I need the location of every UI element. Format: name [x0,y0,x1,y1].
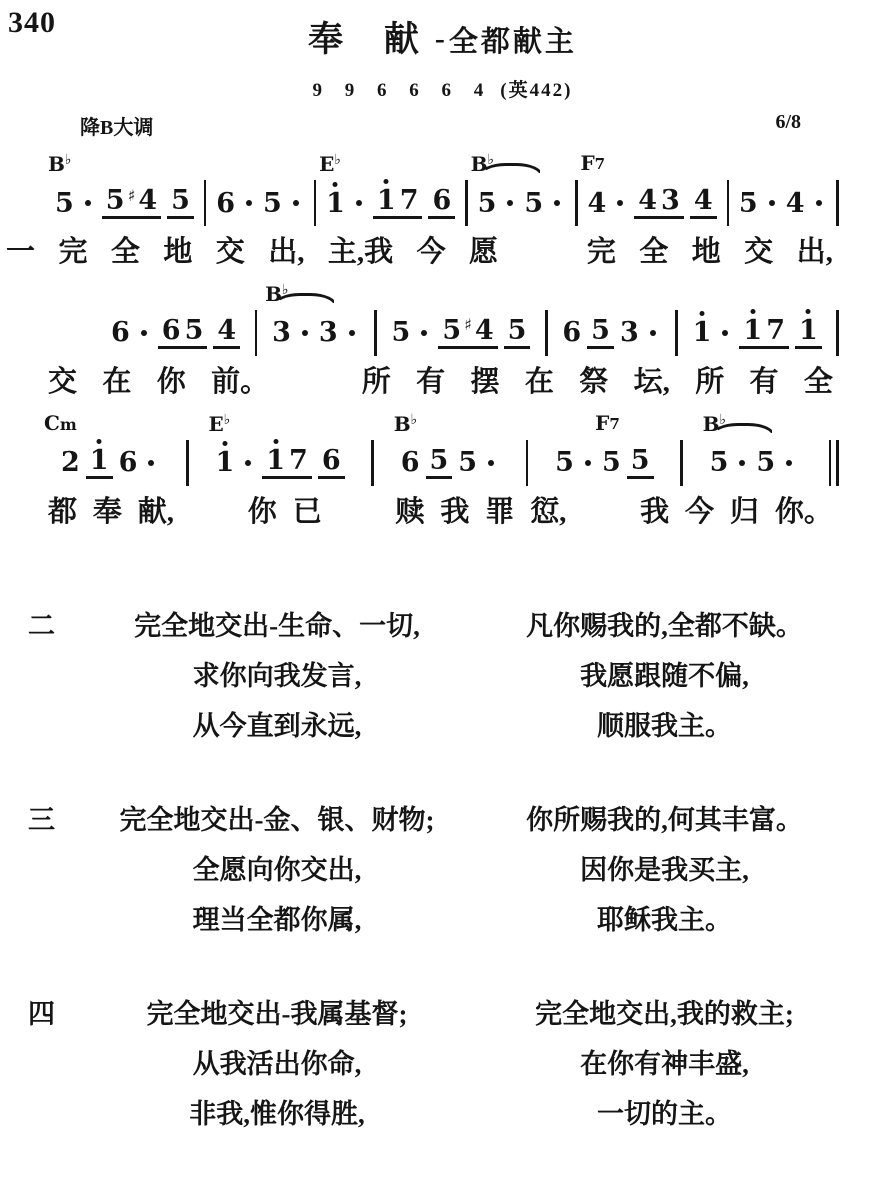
note: 1 [693,319,712,346]
note: 2 [61,449,80,476]
note-number: 7 [289,447,308,474]
key-signature: 降B大调 [80,111,153,140]
lyric-token: 归 [730,495,759,530]
barline [314,180,317,226]
note-wrap: 6 [108,319,133,346]
note: 1 [326,190,345,217]
lyric-token: 我 [440,495,469,530]
notation-line: 55♯45B♭651176E♭55B♭4434F754 [0,180,885,226]
lyric-token: 地 [692,235,721,270]
duration-dot [507,200,513,206]
note: 1 [799,317,818,344]
note: 5 [55,190,74,217]
chord-quality: 7 [609,415,619,433]
final-barline [824,440,839,486]
note-number: 4 [217,317,236,344]
note-number: 4 [786,190,805,217]
verse-column-left: 完全地交出-金、银、财物;全愿向你交出,理当全都你属, [82,795,472,945]
duration-dot [585,460,591,466]
note-number: 5 [55,190,74,217]
notation-line: 665433B♭55♯456531171 [0,310,885,356]
barline [836,310,839,356]
note-number: 5 [739,190,758,217]
note-number: 3 [661,187,680,214]
beam-group: 1 [795,317,822,349]
chord-label: F7 [580,153,605,173]
verse-line: 理当全都你属, [82,895,472,945]
beam-group: 65 [158,317,208,349]
lyric-token: 全 [804,365,833,400]
note: 6 [216,190,235,217]
notation-system: 55♯45B♭651176E♭55B♭4434F754一完全地交出,主,我今愿完… [0,180,885,270]
barline [680,440,683,486]
note-wrap: 1 [323,190,348,217]
lyric-token: 在 [525,365,554,400]
note-number: 5 [555,449,574,476]
note: 6 [401,449,420,476]
barline [526,440,529,486]
chord-label: F7 [595,413,620,433]
duration-dot [722,330,728,336]
chord-quality: ♭ [334,152,341,168]
verse-line: 从我活出你命, [82,1039,472,1089]
measure: 6654 [108,310,243,356]
duration-dot [617,200,623,206]
note-number: 6 [322,447,341,474]
note: 5 [710,449,729,476]
note-number: 5 [524,190,543,217]
verse-line: 完全地交出-我属基督; [82,989,472,1039]
chord-root: E [319,152,334,176]
octave-dot [222,441,227,446]
verse-line: 非我,惟你得胜, [82,1089,472,1139]
lyric-token: 坛, [634,365,670,400]
note: 4 [475,317,494,344]
note-number: 6 [562,319,581,346]
chord-root: F [595,411,609,435]
measure: 1176E♭ [323,180,458,226]
octave-dot [806,309,811,314]
verse-line: 我愿跟随不偏, [472,651,857,701]
hymn-title-subtitle: 全都献主 [449,26,577,58]
note-number: 5 [171,187,190,214]
chord-root: B [394,412,411,436]
verse-number: 三 [0,795,82,945]
measure-notes: 1176 [323,180,458,226]
lyric-token: 你 [248,495,277,530]
lyric-token: 完 [587,235,616,270]
lyric-token: 所 [362,365,391,400]
barline [371,440,374,486]
note: 4 [694,187,713,214]
beam-group: 5 [587,317,614,349]
note-wrap: 5 [552,449,577,476]
lyric-token: 全 [111,235,140,270]
verse-block: 二完全地交出-生命、一切,求你向我发言,从今直到永远,凡你赐我的,全都不缺。我愿… [0,601,885,751]
lyric-token: 愆, [530,495,566,530]
beam-group: 5♯4 [438,317,497,349]
hymn-english-reference: (英442) [500,80,572,101]
note-wrap: 5 [707,449,732,476]
measure-notes: 216 [58,440,162,486]
measure: 655B♭ [398,440,502,486]
note-wrap: 5 [52,190,77,217]
lyric-token: 已 [293,495,322,530]
note-number: 5 [710,449,729,476]
measure-notes: 55♯45 [52,180,197,226]
hymn-meter: 9 9 6 6 6 4 [313,80,493,101]
lyric-token: 出, [268,235,304,270]
note-wrap: 2 [58,449,83,476]
duration-dot [356,200,362,206]
lyric-token: 完 [58,235,87,270]
note-number: 7 [766,317,785,344]
chord-label: B♭ [394,413,418,434]
barline [465,180,468,226]
verse-line: 顺服我主。 [472,701,857,751]
note: 5 [106,187,125,214]
beam-group: 17 [373,187,423,219]
hymn-title: 奉 献-全都献主 [0,0,885,62]
duration-dot [349,330,355,336]
measure: 4434F7 [584,180,719,226]
beam-group: 4 [213,317,240,349]
hymn-title-dash: - [435,22,445,55]
chord-label: E♭ [208,413,230,434]
verse-line: 完全地交出-金、银、财物; [82,795,472,845]
note-number: 1 [215,449,234,476]
duration-dot [769,200,775,206]
beam-group: 6 [318,447,345,479]
note-wrap: 5 [599,449,624,476]
time-signature: 6/8 [775,111,801,140]
note-number: 3 [272,319,291,346]
beam-group: 43 [634,187,684,219]
barline [545,310,548,356]
measure: 653 [559,310,663,356]
note-wrap: 5 [260,190,285,217]
note-number: 1 [743,317,762,344]
lyric-token: 一 [6,235,35,270]
measure: 1171 [690,310,825,356]
lyric-token: 我 [640,495,669,530]
note-number: 1 [377,187,396,214]
note: 3 [661,187,680,214]
chord-quality: ♭ [224,412,231,428]
chord-quality: m [60,415,77,434]
lyric-token: 有 [750,365,779,400]
verse-line: 你所赐我的,何其丰富。 [472,795,857,845]
barline [186,440,189,486]
note: 6 [111,319,130,346]
octave-dot [700,311,705,316]
measure-notes: 555 [552,440,656,486]
note: 5 [263,190,282,217]
beam-group: 5 [504,317,531,349]
beam-group: 4 [690,187,717,219]
note: 1 [215,449,234,476]
note-wrap: 3 [269,319,294,346]
beam-group: 5 [627,447,654,479]
note-wrap: 6 [398,449,423,476]
hymn-meter-row: 9 9 6 6 6 4(英442) [0,75,885,102]
octave-dot [750,309,755,314]
measure-notes: 33 [269,310,363,356]
note-number: 5 [185,317,204,344]
octave-dot [384,179,389,184]
note-wrap: 4 [783,190,808,217]
measure: 54 [736,180,830,226]
duration-dot [245,460,251,466]
note: 5 [478,190,497,217]
verse-block: 三完全地交出-金、银、财物;全愿向你交出,理当全都你属,你所赐我的,何其丰富。因… [0,795,885,945]
lyric-token: 愿 [469,235,498,270]
duration-dot [816,200,822,206]
note-number: 3 [620,319,639,346]
note-number: 6 [119,449,138,476]
note-number: 6 [432,187,451,214]
verse-column-left: 完全地交出-我属基督;从我活出你命,非我,惟你得胜, [82,989,472,1139]
note: 4 [587,190,606,217]
lyric-token: 奉 [93,495,122,530]
verse-column-right: 凡你赐我的,全都不缺。我愿跟随不偏,顺服我主。 [472,601,885,751]
barline [836,440,839,486]
verse-line: 耶稣我主。 [472,895,857,945]
duration-dot [141,330,147,336]
note-wrap: 6 [213,190,238,217]
measure-notes: 653 [559,310,663,356]
note-wrap: 6 [559,319,584,346]
barline [204,180,207,226]
note-number: 1 [90,447,109,474]
measure-notes: 6654 [108,310,243,356]
note: 5 [555,449,574,476]
lyric-token: 在 [102,365,131,400]
octave-dot [273,439,278,444]
note-number: 6 [111,319,130,346]
beam-group: 5 [426,447,453,479]
note: 4 [217,317,236,344]
barline [675,310,678,356]
beam-group: 1 [86,447,113,479]
lyric-row: 交在你前。所有摆在祭坛,所有全 [0,365,885,400]
note-number: 6 [216,190,235,217]
barline [727,180,730,226]
duration-dot [302,330,308,336]
measure-notes: 54 [736,180,830,226]
verse-line: 一切的主。 [472,1089,857,1139]
duration-dot [488,460,494,466]
note-number: 4 [638,187,657,214]
note-number: 7 [400,187,419,214]
note: 5 [392,319,411,346]
note: 7 [289,447,308,474]
note: 5 [591,317,610,344]
note-number: 6 [162,317,181,344]
note: 3 [319,319,338,346]
note-number: 1 [693,319,712,346]
lyric-token: 献, [138,495,174,530]
octave-dot [97,439,102,444]
measure: 55♯45B♭ [52,180,197,226]
note-number: 5 [631,447,650,474]
note-number: 4 [475,317,494,344]
lyric-token: 交 [216,235,245,270]
sharp-icon: ♯ [464,317,472,333]
measure-notes: 1176 [212,440,347,486]
note-wrap: 5 [753,449,778,476]
notation-area: 55♯45B♭651176E♭55B♭4434F754一完全地交出,主,我今愿完… [0,180,885,529]
chord-root: B [48,152,65,176]
measure: 55B♭ [475,180,569,226]
note-wrap: 3 [316,319,341,346]
measure-notes: 1171 [690,310,825,356]
note-number: 4 [138,187,157,214]
note: 5 [430,447,449,474]
note: 5 [631,447,650,474]
chord-quality: ♭ [411,412,418,428]
tie-arc [273,293,337,306]
duration-dot [650,330,656,336]
note: 5 [756,449,775,476]
lyric-token: 罪 [485,495,514,530]
lyric-token: 前。 [211,365,269,400]
verse-line: 完全地交出-生命、一切, [82,601,472,651]
note-number: 2 [61,449,80,476]
beam-group: 5♯4 [102,187,161,219]
verse-line: 在你有神丰盛, [472,1039,857,1089]
note: 1 [90,447,109,474]
note-number: 4 [587,190,606,217]
note-number: 5 [392,319,411,346]
note-wrap: 5 [475,190,500,217]
chord-root: F [580,151,594,175]
chord-label: Cm [44,413,77,433]
lyric-row: 都奉献,你已赎我罪愆,我今归你。 [0,495,885,530]
verse-column-left: 完全地交出-生命、一切,求你向我发言,从今直到永远, [82,601,472,751]
measure: 216Cm [58,440,162,486]
verse-line: 完全地交出,我的救主; [472,989,857,1039]
measure-notes: 55 [475,180,569,226]
note: 1 [266,447,285,474]
chord-root: C [44,411,60,435]
note: 3 [620,319,639,346]
chord-label: B♭ [48,153,72,174]
note-number: 1 [326,190,345,217]
note-number: 5 [263,190,282,217]
note: 6 [322,447,341,474]
barline [836,180,839,226]
note: 5 [508,317,527,344]
barline [829,440,832,486]
note-wrap: 4 [584,190,609,217]
note-number: 5 [458,449,477,476]
tie-arc [479,163,543,176]
verse-line: 从今直到永远, [82,701,472,751]
lyric-token: 你。 [775,495,833,530]
measure-notes: 55 [707,440,801,486]
note: 7 [400,187,419,214]
note: 5 [524,190,543,217]
chord-root: E [208,412,223,436]
verse-line: 求你向我发言, [82,651,472,701]
notation-line: 216Cm1176E♭655B♭555F755B♭ [0,440,885,486]
duration-dot [246,200,252,206]
note-wrap: 5 [521,190,546,217]
hymn-title-main: 奉 献 [308,20,435,59]
lyric-token: 全 [639,235,668,270]
verse-line: 全愿向你交出, [82,845,472,895]
verse-block: 四完全地交出-我属基督;从我活出你命,非我,惟你得胜,完全地交出,我的救主;在你… [0,989,885,1139]
note-number: 5 [602,449,621,476]
note-wrap: 3 [617,319,642,346]
duration-dot [739,460,745,466]
verse-line: 因你是我买主, [472,845,857,895]
measure-notes: 55♯45 [389,310,534,356]
lyric-token: 今 [417,235,446,270]
lyric-token: 交 [744,235,773,270]
barline [575,180,578,226]
lyric-token: 有 [416,365,445,400]
note-wrap: 1 [690,319,715,346]
measure: 33B♭ [269,310,363,356]
note-number: 1 [799,317,818,344]
note: 5 [171,187,190,214]
note-number: 5 [508,317,527,344]
verse-number: 四 [0,989,82,1139]
lyric-token: 所 [695,365,724,400]
note: 6 [119,449,138,476]
measure-notes: 4434 [584,180,719,226]
lyric-row: 一完全地交出,主,我今愿完全地交出, [0,235,885,270]
verse-number: 二 [0,601,82,751]
lyric-token: 今 [685,495,714,530]
note: 6 [162,317,181,344]
note: 4 [638,187,657,214]
note: 5 [185,317,204,344]
chord-label: E♭ [319,153,341,174]
note: 4 [138,187,157,214]
note: 1 [377,187,396,214]
note-wrap: 6 [116,449,141,476]
note: 7 [766,317,785,344]
note-number: 3 [319,319,338,346]
sharp-icon: ♯ [128,188,136,204]
note: 4 [786,190,805,217]
lyric-token: 赎 [395,495,424,530]
lyric-token: 祭 [579,365,608,400]
lyric-token: 地 [163,235,192,270]
verses-area: 二完全地交出-生命、一切,求你向我发言,从今直到永远,凡你赐我的,全都不缺。我愿… [0,601,885,1139]
lyric-token: 你 [157,365,186,400]
lyric-token: 摆 [471,365,500,400]
verse-line: 凡你赐我的,全都不缺。 [472,601,857,651]
barline [255,310,258,356]
note-wrap: 1 [212,449,237,476]
beam-group: 6 [428,187,455,219]
note: 5 [739,190,758,217]
note: 5 [442,317,461,344]
duration-dot [554,200,560,206]
lyric-token: 都 [48,495,77,530]
duration-dot [148,460,154,466]
measure: 555F7 [552,440,656,486]
note-number: 5 [591,317,610,344]
chord-quality: ♭ [65,152,72,168]
note: 3 [272,319,291,346]
measure-notes: 65 [213,180,307,226]
note-wrap: 5 [455,449,480,476]
